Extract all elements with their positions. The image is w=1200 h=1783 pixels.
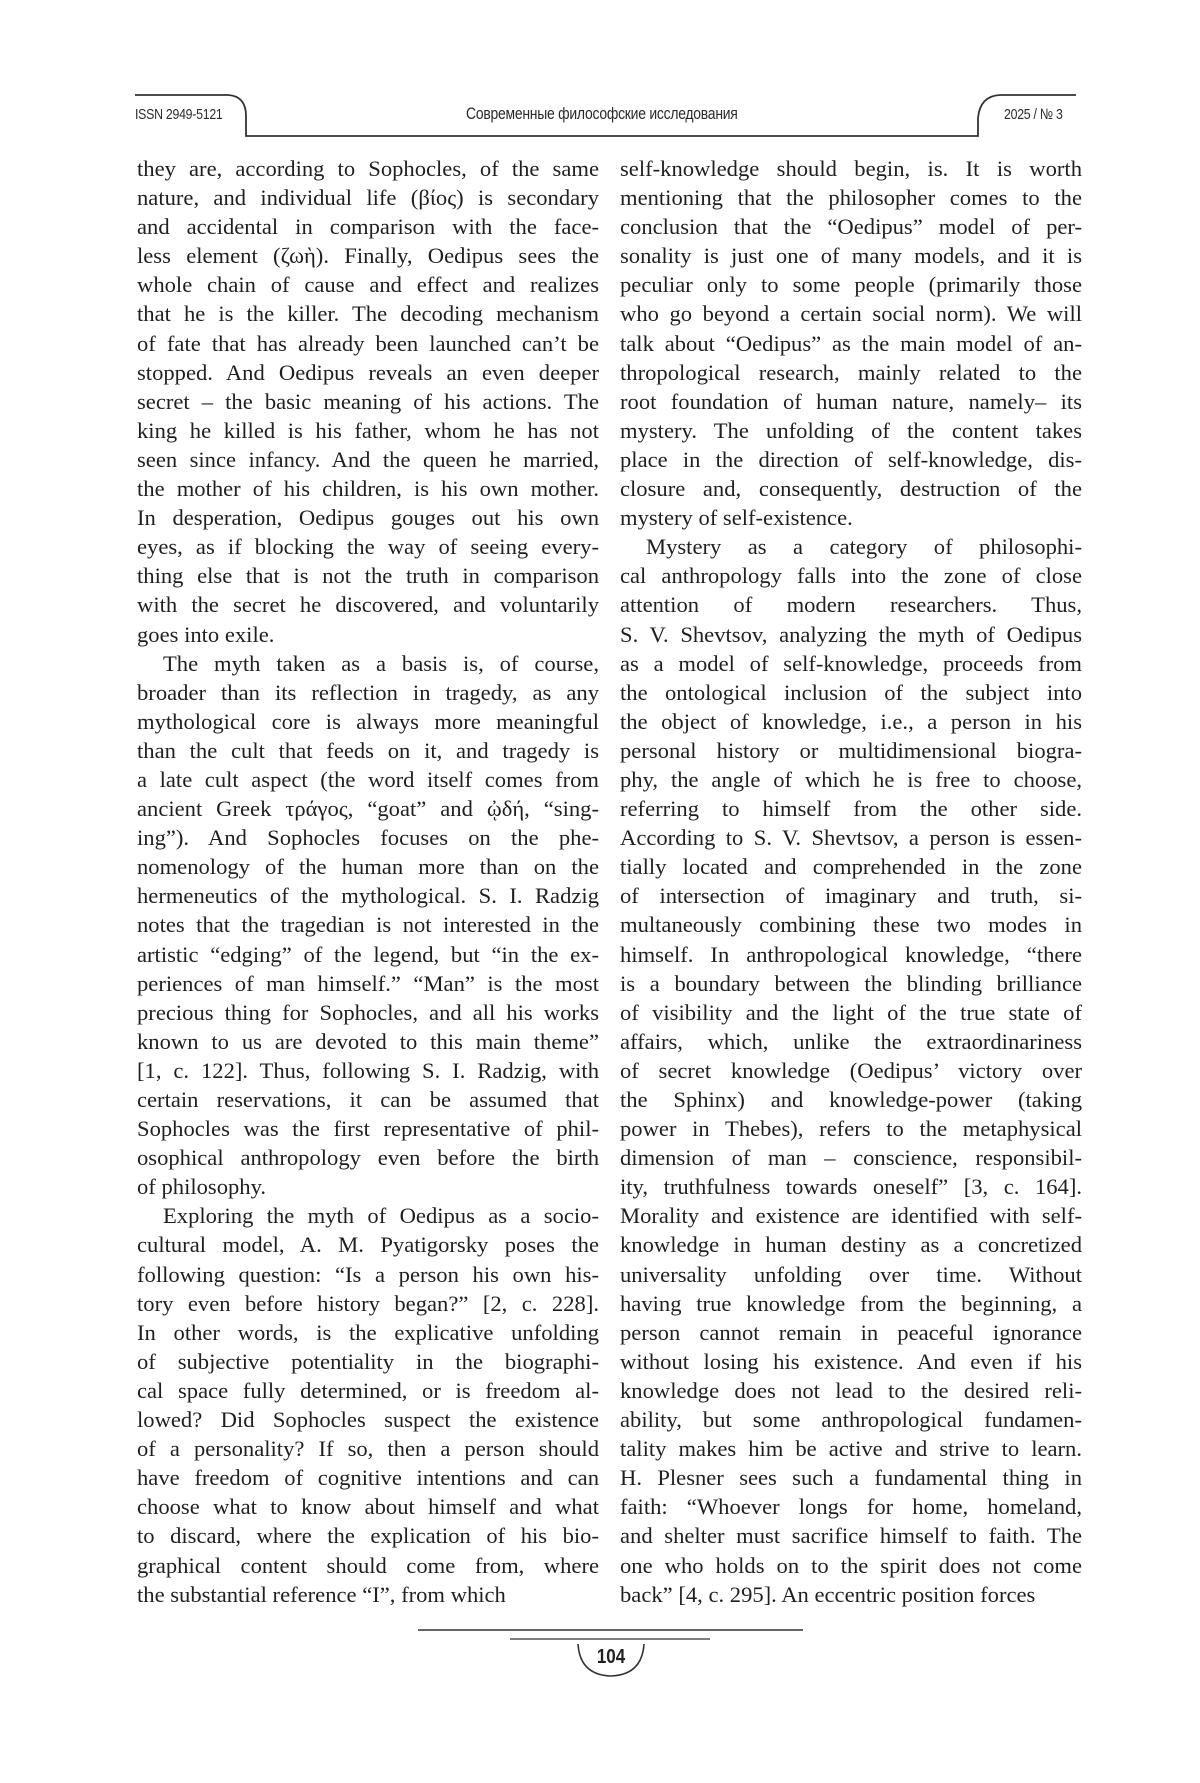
- text-column-right: self-knowledge should begin, is. It is w…: [620, 154, 1082, 1609]
- paragraph: The myth taken as a basis is, of course,…: [137, 649, 599, 1202]
- text-line: universality unfolding over time. Withou…: [620, 1260, 1082, 1289]
- text-line: back” [4, c. 295]. An eccentric position…: [620, 1580, 1082, 1609]
- text-line: of intersection of imaginary and truth, …: [620, 881, 1082, 910]
- text-line: place in the direction of self-knowledge…: [620, 445, 1082, 474]
- text-line: Morality and existence are identified wi…: [620, 1201, 1082, 1230]
- text-line: According to S. V. Shevtsov, a person is…: [620, 823, 1082, 852]
- journal-page: ISSN 2949-5121 Современные философские и…: [0, 0, 1200, 1783]
- text-line: of fate that has already been launched c…: [137, 329, 599, 358]
- text-line: to discard, where the explication of his…: [137, 1521, 599, 1550]
- text-line: nature, and individual life (βίος) is se…: [137, 183, 599, 212]
- text-line: conclusion that the “Oedipus” model of p…: [620, 212, 1082, 241]
- text-line: himself. In anthropological knowledge, “…: [620, 940, 1082, 969]
- paragraph: they are, according to Sophocles, of the…: [137, 154, 599, 649]
- text-line: certain reservations, it can be assumed …: [137, 1085, 599, 1114]
- text-line: a late cult aspect (the word itself come…: [137, 765, 599, 794]
- text-line: The myth taken as a basis is, of course,: [137, 649, 599, 678]
- text-line: osophical anthropology even before the b…: [137, 1143, 599, 1172]
- text-line: with the secret he discovered, and volun…: [137, 590, 599, 619]
- text-line: S. V. Shevtsov, analyzing the myth of Oe…: [620, 620, 1082, 649]
- text-line: they are, according to Sophocles, of the…: [137, 154, 599, 183]
- text-line: attention of modern researchers. Thus,: [620, 590, 1082, 619]
- text-line: phy, the angle of which he is free to ch…: [620, 765, 1082, 794]
- text-line: cultural model, A. M. Pyatigorsky poses …: [137, 1230, 599, 1259]
- text-line: person cannot remain in peaceful ignoran…: [620, 1318, 1082, 1347]
- text-line: tially located and comprehended in the z…: [620, 852, 1082, 881]
- text-line: mentioning that the philosopher comes to…: [620, 183, 1082, 212]
- text-column-left: they are, according to Sophocles, of the…: [137, 154, 599, 1609]
- text-line: In other words, is the explicative unfol…: [137, 1318, 599, 1347]
- text-line: and shelter must sacrifice himself to fa…: [620, 1521, 1082, 1550]
- text-line: the object of knowledge, i.e., a person …: [620, 707, 1082, 736]
- text-line: Sophocles was the first representative o…: [137, 1114, 599, 1143]
- text-line: thing else that is not the truth in comp…: [137, 561, 599, 590]
- text-line: less element (ζωὴ). Finally, Oedipus see…: [137, 241, 599, 270]
- text-line: known to us are devoted to this main the…: [137, 1027, 599, 1056]
- text-line: as a model of self-knowledge, proceeds f…: [620, 649, 1082, 678]
- text-line: following question: “Is a person his own…: [137, 1260, 599, 1289]
- text-line: sonality is just one of many models, and…: [620, 241, 1082, 270]
- text-line: the ontological inclusion of the subject…: [620, 678, 1082, 707]
- text-line: the Sphinx) and knowledge-power (taking: [620, 1085, 1082, 1114]
- text-line: artistic “edging” of the legend, but “in…: [137, 940, 599, 969]
- text-line: In desperation, Oedipus gouges out his o…: [137, 503, 599, 532]
- text-line: the substantial reference “I”, from whic…: [137, 1580, 599, 1609]
- text-line: mystery. The unfolding of the content ta…: [620, 416, 1082, 445]
- text-line: who go beyond a certain social norm). We…: [620, 299, 1082, 328]
- text-line: having true knowledge from the beginning…: [620, 1289, 1082, 1318]
- paragraph: self-knowledge should begin, is. It is w…: [620, 154, 1082, 532]
- paragraph: Mystery as a category of philosophi-cal …: [620, 532, 1082, 1608]
- text-line: stopped. And Oedipus reveals an even dee…: [137, 358, 599, 387]
- text-line: broader than its reflection in tragedy, …: [137, 678, 599, 707]
- text-line: root foundation of human nature, namely–…: [620, 387, 1082, 416]
- journal-title: Современные философские исследования: [466, 104, 738, 124]
- text-line: peculiar only to some people (primarily …: [620, 270, 1082, 299]
- text-line: mystery of self-existence.: [620, 503, 1082, 532]
- text-line: talk about “Oedipus” as the main model o…: [620, 329, 1082, 358]
- text-line: dimension of man – conscience, responsib…: [620, 1143, 1082, 1172]
- text-line: seen since infancy. And the queen he mar…: [137, 445, 599, 474]
- text-line: nomenology of the human more than on the: [137, 852, 599, 881]
- text-line: whole chain of cause and effect and real…: [137, 270, 599, 299]
- text-line: tory even before history began?” [2, c. …: [137, 1289, 599, 1318]
- text-line: without losing his existence. And even i…: [620, 1347, 1082, 1376]
- header-rule-decoration: [0, 0, 1200, 160]
- text-line: of a personality? If so, then a person s…: [137, 1434, 599, 1463]
- text-line: of secret knowledge (Oedipus’ victory ov…: [620, 1056, 1082, 1085]
- text-line: Mystery as a category of philosophi-: [620, 532, 1082, 561]
- text-line: mythological core is always more meaning…: [137, 707, 599, 736]
- text-line: graphical content should come from, wher…: [137, 1551, 599, 1580]
- text-line: of visibility and the light of the true …: [620, 998, 1082, 1027]
- text-line: that he is the killer. The decoding mech…: [137, 299, 599, 328]
- text-line: knowledge does not lead to the desired r…: [620, 1376, 1082, 1405]
- text-line: notes that the tragedian is not interest…: [137, 910, 599, 939]
- text-line: closure and, consequently, destruction o…: [620, 474, 1082, 503]
- text-line: secret – the basic meaning of his action…: [137, 387, 599, 416]
- text-line: [1, c. 122]. Thus, following S. I. Radzi…: [137, 1056, 599, 1085]
- text-line: self-knowledge should begin, is. It is w…: [620, 154, 1082, 183]
- text-line: of philosophy.: [137, 1172, 599, 1201]
- text-line: knowledge in human destiny as a concreti…: [620, 1230, 1082, 1259]
- text-line: than the cult that feeds on it, and trag…: [137, 736, 599, 765]
- text-line: ity, truthfulness towards oneself” [3, c…: [620, 1172, 1082, 1201]
- text-line: of subjective potentiality in the biogra…: [137, 1347, 599, 1376]
- text-line: periences of man himself.” “Man” is the …: [137, 969, 599, 998]
- text-line: cal space fully determined, or is freedo…: [137, 1376, 599, 1405]
- text-line: and accidental in comparison with the fa…: [137, 212, 599, 241]
- text-line: power in Thebes), refers to the metaphys…: [620, 1114, 1082, 1143]
- text-line: thropological research, mainly related t…: [620, 358, 1082, 387]
- text-line: eyes, as if blocking the way of seeing e…: [137, 532, 599, 561]
- text-line: tality makes him be active and strive to…: [620, 1434, 1082, 1463]
- text-line: ability, but some anthropological fundam…: [620, 1405, 1082, 1434]
- text-line: personal history or multidimensional bio…: [620, 736, 1082, 765]
- text-line: hermeneutics of the mythological. S. I. …: [137, 881, 599, 910]
- text-line: ing”). And Sophocles focuses on the phe-: [137, 823, 599, 852]
- text-line: ancient Greek τράγος, “goat” and ᾠδή, “s…: [137, 794, 599, 823]
- text-line: precious thing for Sophocles, and all hi…: [137, 998, 599, 1027]
- text-line: cal anthropology falls into the zone of …: [620, 561, 1082, 590]
- text-line: H. Plesner sees such a fundamental thing…: [620, 1463, 1082, 1492]
- text-line: multaneously combining these two modes i…: [620, 910, 1082, 939]
- text-line: the mother of his children, is his own m…: [137, 474, 599, 503]
- text-line: king he killed is his father, whom he ha…: [137, 416, 599, 445]
- paragraph: Exploring the myth of Oedipus as a socio…: [137, 1201, 599, 1608]
- issn-label: ISSN 2949-5121: [135, 106, 223, 123]
- text-line: referring to himself from the other side…: [620, 794, 1082, 823]
- text-line: affairs, which, unlike the extraordinari…: [620, 1027, 1082, 1056]
- issue-label: 2025 / № 3: [1004, 106, 1063, 123]
- text-line: lowed? Did Sophocles suspect the existen…: [137, 1405, 599, 1434]
- text-line: is a boundary between the blinding brill…: [620, 969, 1082, 998]
- text-line: one who holds on to the spirit does not …: [620, 1551, 1082, 1580]
- text-line: goes into exile.: [137, 620, 599, 649]
- text-line: faith: “Whoever longs for home, homeland…: [620, 1492, 1082, 1521]
- text-line: choose what to know about himself and wh…: [137, 1492, 599, 1521]
- text-line: Exploring the myth of Oedipus as a socio…: [137, 1201, 599, 1230]
- text-line: have freedom of cognitive intentions and…: [137, 1463, 599, 1492]
- page-number: 104: [592, 1646, 629, 1669]
